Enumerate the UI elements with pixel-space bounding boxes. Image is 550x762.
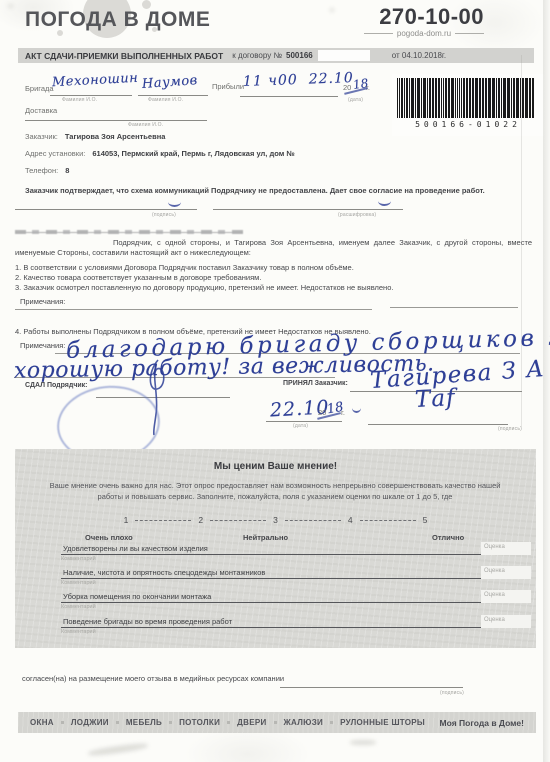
rating-scale: 1 2 3 4 5 (15, 515, 536, 525)
score-box: Оценка (481, 542, 531, 555)
signature-tick (168, 201, 181, 207)
survey-question-row: Удовлетворены ли вы качеством изделия Оц… (61, 538, 539, 555)
sign-line (368, 424, 508, 425)
signature-line (15, 209, 197, 210)
pen-mark (352, 407, 361, 413)
redaction-box (318, 50, 370, 61)
question-label: Поведение бригады во время проведения ра… (63, 617, 232, 626)
scan-smudge (350, 740, 376, 745)
signature-tick (378, 200, 391, 206)
arrival-value-handwritten: 11 ч00 22.10 (243, 70, 354, 90)
dash-rule (364, 33, 393, 34)
scan-smudge (330, 8, 334, 12)
gave-label: СДАЛ Подрядчик: (25, 382, 88, 389)
scale-number: 3 (273, 515, 278, 525)
brigade-label: Бригада (25, 84, 54, 93)
scale-dash (285, 520, 341, 521)
footer-item: ПОТОЛКИ (179, 718, 220, 727)
question-label: Уборка помещения по окончании монтажа (63, 592, 211, 601)
customer-label: Заказчик: (25, 132, 58, 141)
notes-label: Примечания: (20, 297, 65, 307)
survey-question-row: Наличие, чистота и опрятность спецодежды… (61, 562, 539, 579)
dash-rule (455, 33, 484, 34)
brigade-name-2: Наумов (142, 73, 199, 92)
notes-line (15, 309, 372, 310)
question-line (61, 554, 483, 555)
name-sublabel: Фамилия И.О. (128, 122, 163, 128)
footer-slogan: Моя Погода в Доме! (440, 718, 524, 728)
name-sublabel: Фамилия И.О. (62, 97, 97, 103)
document-title: АКТ СДАЧИ-ПРИЕМКИ ВЫПОЛНЕННЫХ РАБОТ (25, 51, 223, 61)
handover-year-suffix: г. (341, 408, 345, 417)
phone-label: Телефон: (25, 166, 58, 175)
scan-crease (521, 55, 522, 427)
footer-item: ЖАЛЮЗИ (284, 718, 324, 727)
date-line (266, 421, 342, 422)
notes-line (390, 307, 518, 308)
confirmation-text: Заказчик подтверждает, что схема коммуни… (25, 186, 530, 195)
footer-dot (169, 721, 172, 724)
phone-value: 8 (65, 166, 69, 175)
score-box: Оценка (481, 590, 531, 603)
act-item-1: 1. В соответствии с условиями Договора П… (15, 263, 532, 273)
comment-label: Комментарий (61, 604, 96, 610)
survey-title: Мы ценим Ваше мнение! (15, 461, 536, 472)
contract-date: от 04.10.2018г. (392, 51, 446, 60)
question-line (61, 578, 483, 579)
notes-label: Примечания: (20, 341, 65, 351)
customer-row: Заказчик: Тагирова Зоя Арсентьевна (25, 132, 165, 141)
customer-value: Тагирова Зоя Арсентьевна (65, 132, 166, 141)
act-item-3: 3. Заказчик осмотрел поставленную по дог… (15, 283, 532, 293)
question-label: Наличие, чистота и опрятность спецодежды… (63, 568, 265, 577)
arrival-line (240, 96, 338, 97)
footer-dot (274, 721, 277, 724)
illegible-struck-text (15, 229, 243, 237)
sign-sublabel: (подпись) (498, 426, 522, 432)
customer-sign-scribble: Таf (414, 385, 456, 413)
footer-item: ДВЕРИ (237, 718, 266, 727)
delivery-line (25, 120, 207, 121)
scan-smudge (8, 4, 13, 8)
footer-dot (227, 721, 230, 724)
scale-number: 1 (124, 515, 129, 525)
contract-number: 500166 (286, 51, 313, 60)
scanned-document: ПОГОДА В ДОМЕ 270-10-00 pogoda-dom.ru АК… (0, 0, 550, 762)
question-label: Удовлетворены ли вы качеством изделия (63, 544, 208, 553)
consent-text: согласен(на) на размещение моего отзыва … (22, 674, 284, 684)
brigade-name-1: Мехоношин (52, 71, 139, 90)
footer-dot (330, 721, 333, 724)
consent-line (280, 687, 463, 688)
survey-question-row: Уборка помещения по окончании монтажа Оц… (61, 586, 539, 603)
footer-item: МЕБЕЛЬ (126, 718, 162, 727)
scale-dash (360, 520, 416, 521)
footer-item: РУЛОННЫЕ ШТОРЫ (340, 718, 425, 727)
signature-sublabel: (подпись) (152, 212, 176, 218)
footer-item: ОКНА (30, 718, 54, 727)
date-sublabel: (дата) (293, 423, 308, 429)
name-line (50, 95, 132, 96)
company-logo: ПОГОДА В ДОМЕ (25, 8, 210, 32)
website-url: pogoda-dom.ru (397, 29, 451, 38)
signature-line (213, 209, 403, 210)
scale-number: 4 (348, 515, 353, 525)
page-edge-shadow (543, 0, 550, 762)
question-line (61, 627, 483, 628)
scale-number: 5 (423, 515, 428, 525)
footer-dot (61, 721, 64, 724)
phone-number: 270-10-00 (379, 4, 484, 30)
decode-sublabel: (расшифровка) (338, 212, 376, 218)
address-label: Адрес установки: (25, 149, 85, 158)
name-sublabel: Фамилия И.О. (148, 97, 183, 103)
survey-section: Мы ценим Ваше мнение! Ваше мнение очень … (15, 449, 536, 648)
received-label: ПРИНЯЛ Заказчик: (283, 380, 348, 387)
customer-row: Телефон: 8 (25, 166, 69, 175)
scale-dash (210, 520, 266, 521)
name-line (138, 95, 208, 96)
delivery-label: Доставка (25, 106, 57, 115)
question-line (61, 602, 483, 603)
preamble-text: Подрядчик, с одной стороны, и Тагирова З… (15, 238, 532, 258)
address-value: 614053, Пермский край, Пермь г, Лядовска… (92, 149, 294, 158)
customer-row: Адрес установки: 614053, Пермский край, … (25, 149, 295, 158)
score-box: Оценка (481, 615, 531, 628)
score-box: Оценка (481, 566, 531, 579)
comment-label: Комментарий (61, 629, 96, 635)
act-item-2: 2. Качество товара соответствует указанн… (15, 273, 532, 283)
scan-smudge (88, 742, 148, 757)
website-row: pogoda-dom.ru (364, 29, 484, 38)
scale-dash (135, 520, 191, 521)
contract-label: к договору № (232, 51, 282, 60)
title-bar: АКТ СДАЧИ-ПРИЕМКИ ВЫПОЛНЕННЫХ РАБОТ к до… (18, 48, 534, 63)
scale-number: 2 (198, 515, 203, 525)
barcode-bars (397, 78, 535, 118)
survey-question-row: Поведение бригады во время проведения ра… (61, 611, 539, 628)
consent-sign-sublabel: (подпись) (440, 690, 464, 696)
footer-item: ЛОДЖИИ (71, 718, 109, 727)
survey-intro: Ваше мнение очень важно для нас. Этот оп… (40, 480, 510, 503)
arrival-label: Прибыли (212, 82, 244, 91)
footer-bar: ОКНА ЛОДЖИИ МЕБЕЛЬ ПОТОЛКИ ДВЕРИ ЖАЛЮЗИ … (18, 712, 536, 733)
date-sublabel: (дата) (348, 97, 363, 103)
footer-dot (116, 721, 119, 724)
